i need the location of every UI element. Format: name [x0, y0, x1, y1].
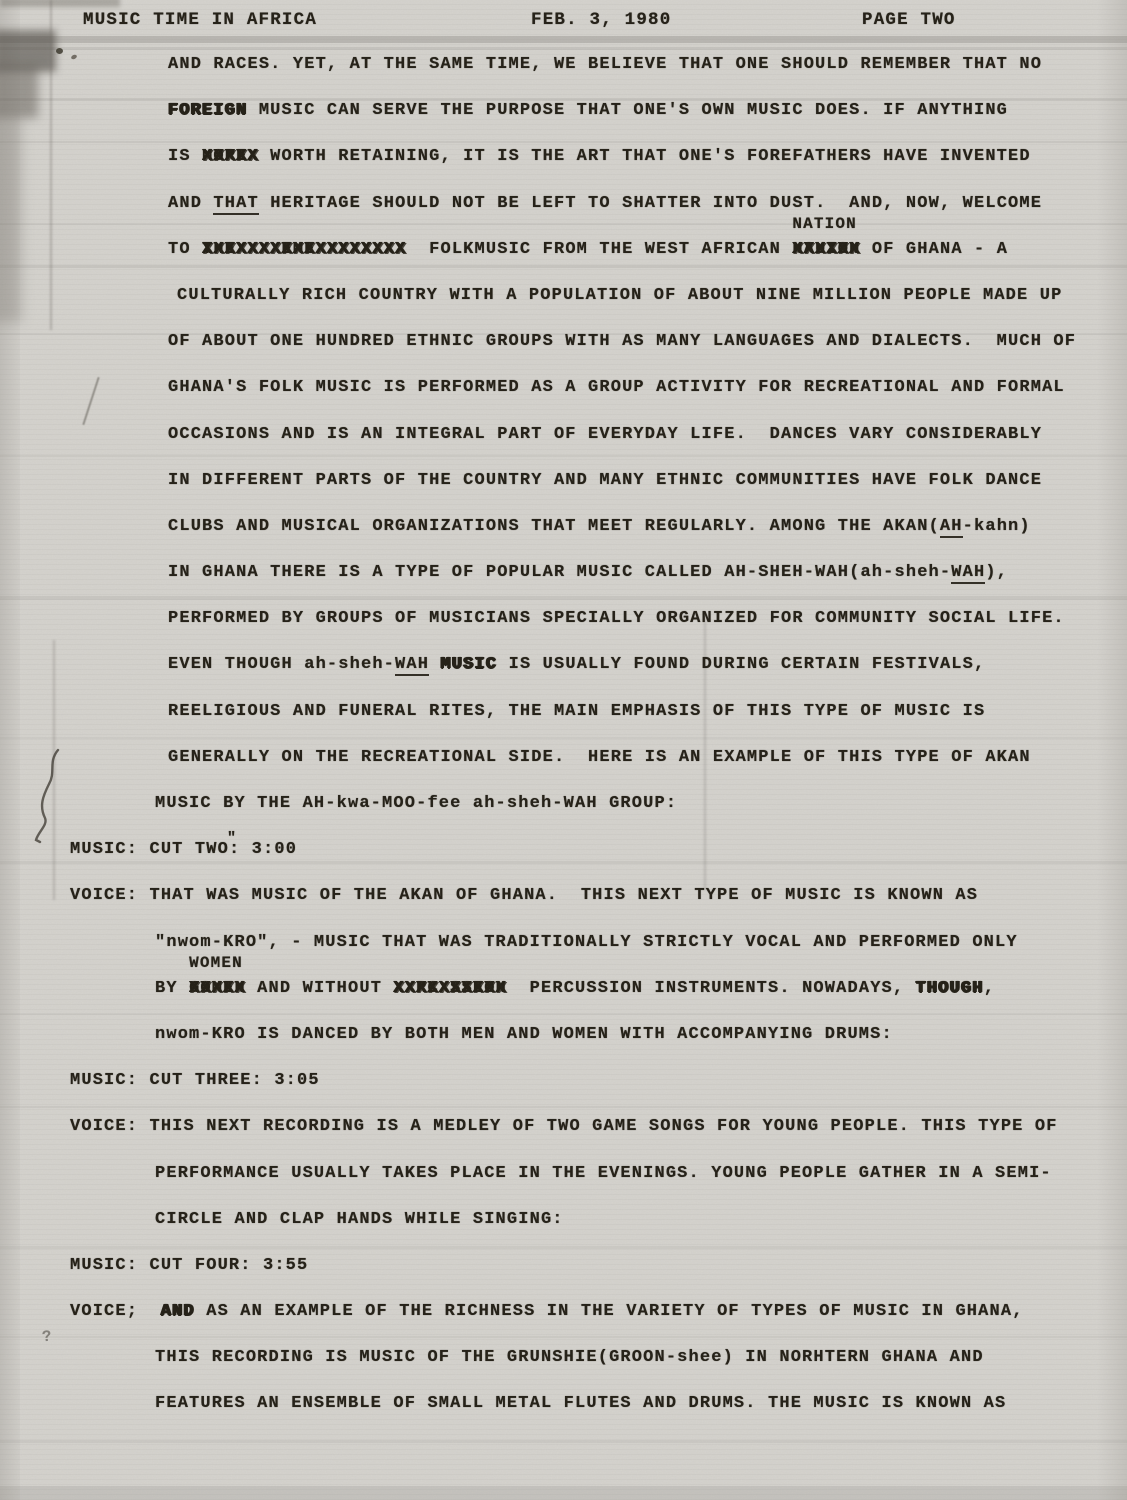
typewritten-line: IS MOREXXXXXXXXXXX WORTH RETAINING, IT I… [0, 134, 1127, 180]
text-run: OF ABOUT ONE HUNDRED ETHNIC GROUPS WITH … [168, 332, 1076, 351]
underlined-text: AH [940, 517, 963, 538]
text-run: FOLKMUSIC FROM THE WEST AFRICAN [406, 240, 792, 259]
typewritten-line: EVEN THOUGH ah-sheh-WAH MUSIC IS USUALLY… [0, 642, 1127, 688]
text-run: PERCUSSION INSTRUMENTS. NOWADAYS, [507, 979, 916, 998]
text-run: AND [168, 194, 213, 213]
text-run: MUSIC: CUT FOUR: 3:55 [70, 1256, 308, 1275]
text-run: WORTH RETAINING, IT IS THE ART THAT ONE'… [259, 147, 1031, 166]
text-run: CULTURALLY RICH COUNTRY WITH A POPULATIO… [177, 286, 1062, 305]
typewritten-line: THIS RECORDING IS MUSIC OF THE GRUNSHIE(… [0, 1335, 1127, 1381]
strikeover-xs: XXXXX [203, 135, 260, 181]
text-run: VOICE: THAT WAS MUSIC OF THE AKAN OF GHA… [70, 886, 978, 905]
text-run: PERFORMED BY GROUPS OF MUSICIANS SPECIAL… [168, 609, 1065, 628]
typewritten-line: "nwom-KRO", - MUSIC THAT WAS TRADITIONAL… [0, 920, 1127, 966]
text-run: FEATURES AN ENSEMBLE OF SMALL METAL FLUT… [155, 1394, 1006, 1413]
document-title: MUSIC TIME IN AFRICA [83, 10, 317, 30]
typewritten-line: VOICE: THAT WAS MUSIC OF THE AKAN OF GHA… [0, 873, 1127, 919]
text-run: IN GHANA THERE IS A TYPE OF POPULAR MUSI… [168, 563, 951, 582]
overtype-mark: " [227, 816, 237, 862]
typewritten-line: AND THAT HERITAGE SHOULD NOT BE LEFT TO … [0, 181, 1127, 227]
script-body: AND RACES. YET, AT THE SAME TIME, WE BEL… [0, 42, 1127, 1428]
text-run: REELIGIOUS AND FUNERAL RITES, THE MAIN E… [168, 702, 985, 721]
text-run: : 3:00 [229, 840, 297, 859]
typewritten-line: CLUBS AND MUSICAL ORGANIZATIONS THAT MEE… [0, 504, 1127, 550]
underlined-text: WAH [395, 655, 429, 676]
strikeover-xs: XXXXXXXXXXXXXXXXXX [203, 228, 407, 274]
text-run: IS USUALLY FOUND DURING CERTAIN FESTIVAL… [497, 655, 985, 674]
text-run: MUSIC: CUT TWO [70, 840, 229, 859]
text-run: VOICE: THIS NEXT RECORDING IS A MEDLEY O… [70, 1117, 1058, 1136]
overtyped-text: AND [161, 1302, 195, 1321]
strikeover-xs: XXXXXX [794, 228, 862, 274]
typewritten-line: FEATURES AN ENSEMBLE OF SMALL METAL FLUT… [0, 1381, 1127, 1427]
struck-text: NAUIONXXXXXXXXXXXX [792, 227, 860, 273]
underlined-text: THAT [213, 194, 258, 215]
text-run: MUSIC CAN SERVE THE PURPOSE THAT ONE'S O… [247, 101, 1008, 120]
text-run: nwom-KRO IS DANCED BY BOTH MEN AND WOMEN… [155, 1025, 893, 1044]
text-run: THIS RECORDING IS MUSIC OF THE GRUNSHIE(… [155, 1348, 984, 1367]
text-run: GHANA'S FOLK MUSIC IS PERFORMED AS A GRO… [168, 378, 1065, 397]
text-run: OCCASIONS AND IS AN INTEGRAL PART OF EVE… [168, 425, 1042, 444]
text-run: AND WITHOUT [246, 979, 394, 998]
text-run: HERITAGE SHOULD NOT BE LEFT TO SHATTER I… [259, 194, 1042, 213]
typewritten-line: FOREIGN MUSIC CAN SERVE THE PURPOSE THAT… [0, 88, 1127, 134]
strikeover-xs: XXXXX [190, 967, 247, 1013]
text-run [429, 655, 440, 674]
struck-text: THEXXXXEMEXXXXXXXXXXXXXXXXXXXXXXXXXXXXXX… [202, 227, 406, 273]
text-run: IN DIFFERENT PARTS OF THE COUNTRY AND MA… [168, 471, 1042, 490]
typewritten-line: GENERALLY ON THE RECREATIONAL SIDE. HERE… [0, 735, 1127, 781]
typewritten-line: BY WOMENGOMENXXXXXXXXXX AND WITHOUT XXRC… [0, 966, 1127, 1012]
text-run: AS AN EXAMPLE OF THE RICHNESS IN THE VAR… [195, 1302, 1024, 1321]
struck-text: XXRCXSSEONXXXXXXXXXXXXXXXXXXXX [393, 966, 507, 1012]
overtyped-text: FOREIGN [168, 101, 247, 120]
scan-smudge [0, 0, 120, 7]
typewritten-line: MUSIC: CUT FOUR: 3:55 [0, 1243, 1127, 1289]
text-run: TO [168, 240, 202, 259]
text-run: -kahn) [963, 517, 1031, 536]
text-run: EVEN THOUGH ah-sheh- [168, 655, 395, 674]
text-run: , [984, 979, 995, 998]
typewritten-line: MUSIC: CUT THREE: 3:05 [0, 1058, 1127, 1104]
typewritten-line: VOICE; AND AS AN EXAMPLE OF THE RICHNESS… [0, 1289, 1127, 1335]
typewritten-line: GHANA'S FOLK MUSIC IS PERFORMED AS A GRO… [0, 365, 1127, 411]
text-run: AND RACES. YET, AT THE SAME TIME, WE BEL… [168, 55, 1042, 74]
text-run: CLUBS AND MUSICAL ORGANIZATIONS THAT MEE… [168, 517, 940, 536]
text-run: ), [985, 563, 1008, 582]
document-page: ? MUSIC TIME IN AFRICA FEB. 3, 1980 PAGE… [0, 0, 1127, 1500]
typewritten-line: IN DIFFERENT PARTS OF THE COUNTRY AND MA… [0, 458, 1127, 504]
typewritten-line: PERFORMANCE USUALLY TAKES PLACE IN THE E… [0, 1151, 1127, 1197]
struck-text: GOMENXXXXXXXXXX [189, 966, 246, 1012]
typewritten-line: CULTURALLY RICH COUNTRY WITH A POPULATIO… [0, 273, 1127, 319]
text-run: PERFORMANCE USUALLY TAKES PLACE IN THE E… [155, 1164, 1052, 1183]
typewritten-line: REELIGIOUS AND FUNERAL RITES, THE MAIN E… [0, 689, 1127, 735]
typewritten-line: nwom-KRO IS DANCED BY BOTH MEN AND WOMEN… [0, 1012, 1127, 1058]
text-run: MUSIC: CUT THREE: 3:05 [70, 1071, 320, 1090]
text-run: OF GHANA - A [861, 240, 1009, 259]
typewritten-line: IN GHANA THERE IS A TYPE OF POPULAR MUSI… [0, 550, 1127, 596]
typewritten-line: CIRCLE AND CLAP HANDS WHILE SINGING: [0, 1197, 1127, 1243]
typewritten-line: AND RACES. YET, AT THE SAME TIME, WE BEL… [0, 42, 1127, 88]
text-run: VOICE; [70, 1302, 161, 1321]
typewritten-line: VOICE: THIS NEXT RECORDING IS A MEDLEY O… [0, 1104, 1127, 1150]
text-run: MUSIC BY THE AH-kwa-MOO-fee ah-sheh-WAH … [155, 794, 677, 813]
strikeover-xs: XXXXXXXXXX [395, 967, 509, 1013]
text-run: BY [155, 979, 189, 998]
typewritten-line: MUSIC BY THE AH-kwa-MOO-fee ah-sheh-WAH … [0, 781, 1127, 827]
document-date: FEB. 3, 1980 [531, 10, 671, 30]
underlined-text: WAH [951, 563, 985, 584]
page-number-label: PAGE TWO [862, 10, 956, 30]
typewritten-line: OF ABOUT ONE HUNDRED ETHNIC GROUPS WITH … [0, 319, 1127, 365]
typewritten-line: OCCASIONS AND IS AN INTEGRAL PART OF EVE… [0, 412, 1127, 458]
text-run: CIRCLE AND CLAP HANDS WHILE SINGING: [155, 1210, 564, 1229]
text-run: GENERALLY ON THE RECREATIONAL SIDE. HERE… [168, 748, 1031, 767]
struck-text: MOREXXXXXXXXXXX [202, 134, 259, 180]
typewritten-line: TO THEXXXXEMEXXXXXXXXXXXXXXXXXXXXXXXXXXX… [0, 227, 1127, 273]
typewritten-line: PERFORMED BY GROUPS OF MUSICIANS SPECIAL… [0, 596, 1127, 642]
overtyped-text: MUSIC [440, 655, 497, 674]
typewritten-line: MUSIC: CUT TWO": 3:00 [0, 827, 1127, 873]
text-run: "nwom-KRO", - MUSIC THAT WAS TRADITIONAL… [155, 933, 1018, 952]
overtyped-text: THOUGH [916, 979, 984, 998]
text-run: IS [168, 147, 202, 166]
